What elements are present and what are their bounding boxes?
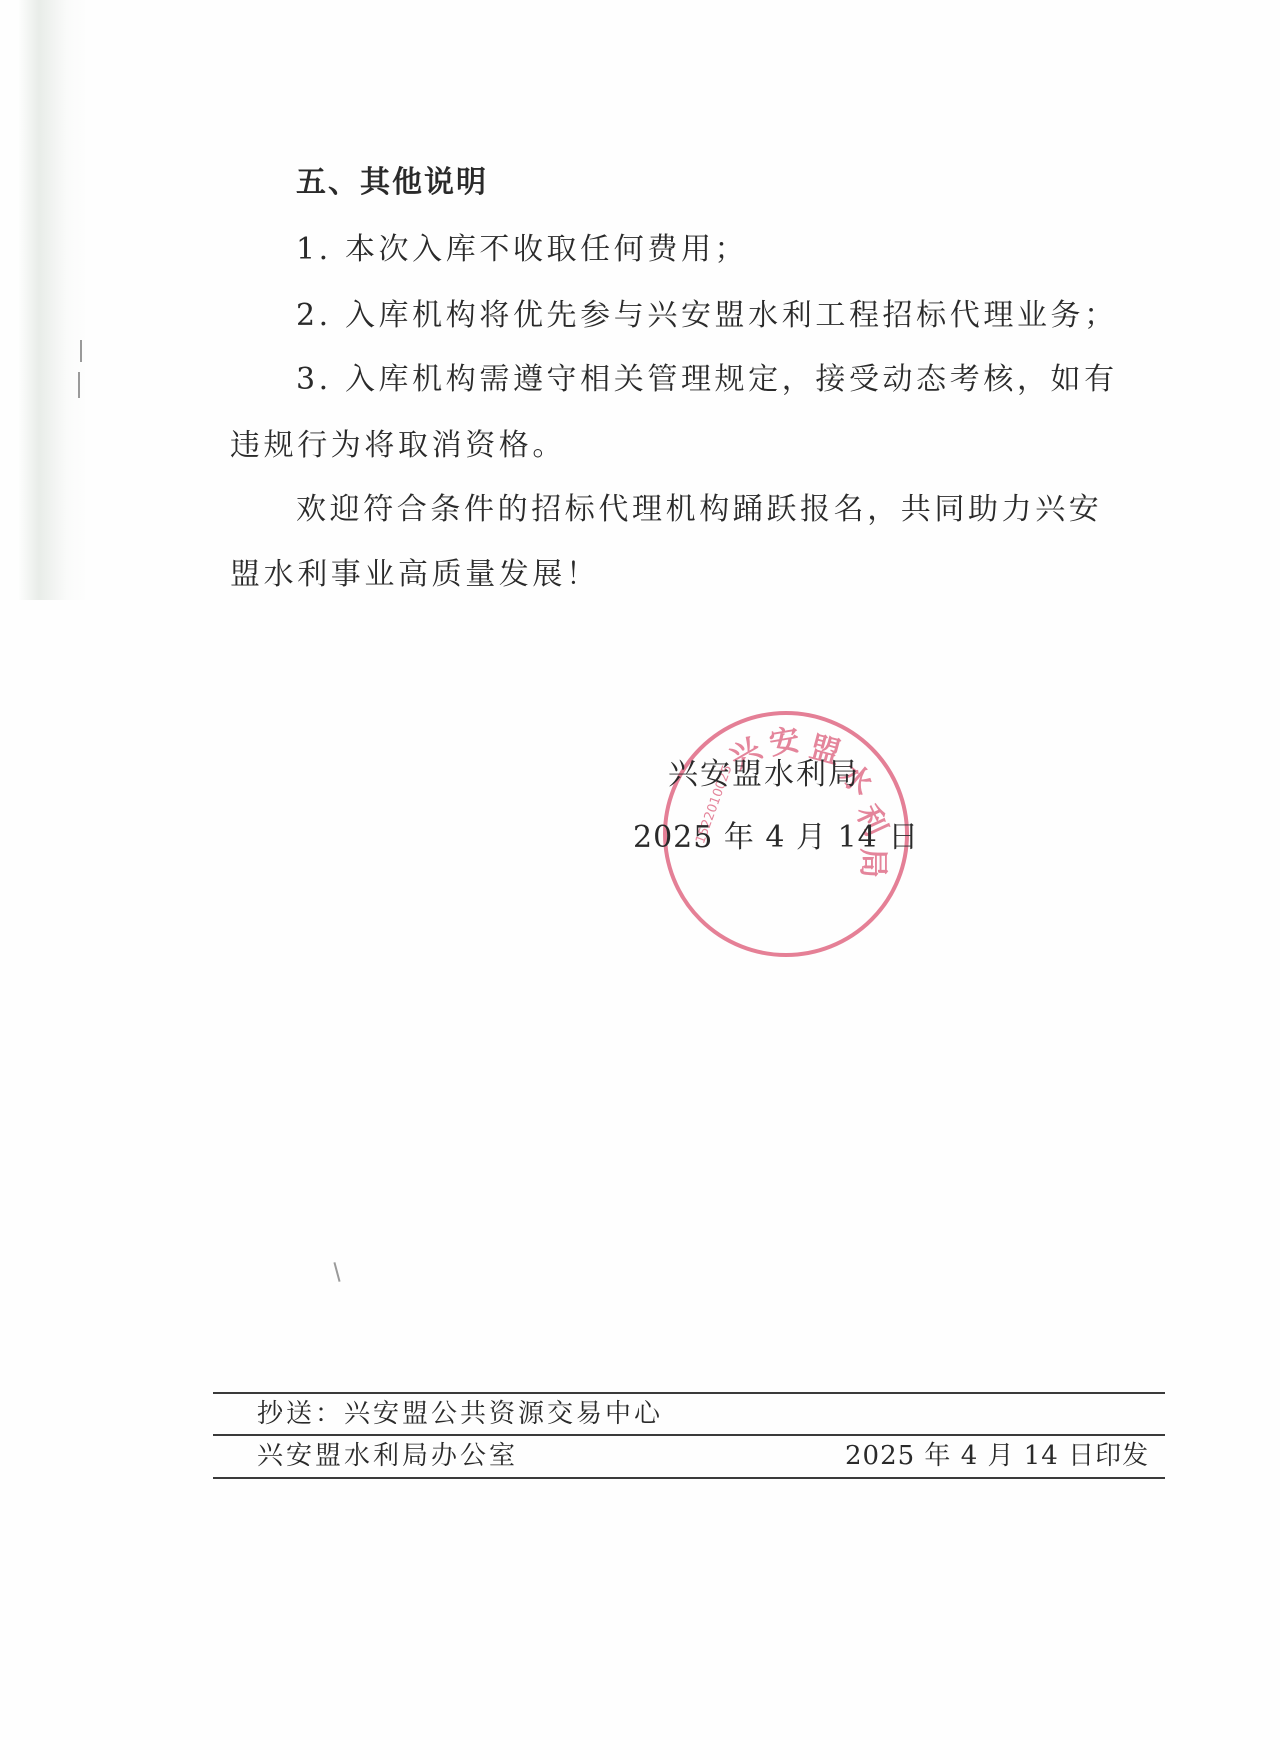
- item-2: 2. 入库机构将优先参与兴安盟水利工程招标代理业务；: [296, 296, 1118, 336]
- scan-artifact: [80, 340, 82, 362]
- signature-issuer: 兴安盟水利局: [668, 755, 860, 795]
- print-date: 2025 年 4 月 14 日印发: [845, 1439, 1149, 1473]
- scan-artifact: [78, 372, 80, 398]
- cc-line: 抄送：兴安盟公共资源交易中心: [257, 1397, 663, 1431]
- item-1: 1. 本次入库不收取任何费用；: [296, 230, 748, 270]
- scan-artifact: [333, 1262, 340, 1282]
- footer-rule-top: [213, 1392, 1165, 1394]
- footer-rule-middle: [213, 1434, 1165, 1436]
- item-3-continued: 违规行为将取消资格。: [230, 426, 566, 466]
- closing-line-2: 盟水利事业高质量发展！: [230, 555, 600, 595]
- scan-edge-shadow: [18, 0, 88, 600]
- issuing-office: 兴安盟水利局办公室: [257, 1439, 518, 1473]
- footer-rule-bottom: [213, 1477, 1165, 1479]
- closing-line-1: 欢迎符合条件的招标代理机构踊跃报名，共同助力兴安: [296, 490, 1102, 530]
- section-heading: 五、其他说明: [296, 163, 488, 203]
- signature-date: 2025 年 4 月 14 日: [633, 818, 919, 858]
- item-3: 3. 入库机构需遵守相关管理规定，接受动态考核，如有: [296, 360, 1118, 400]
